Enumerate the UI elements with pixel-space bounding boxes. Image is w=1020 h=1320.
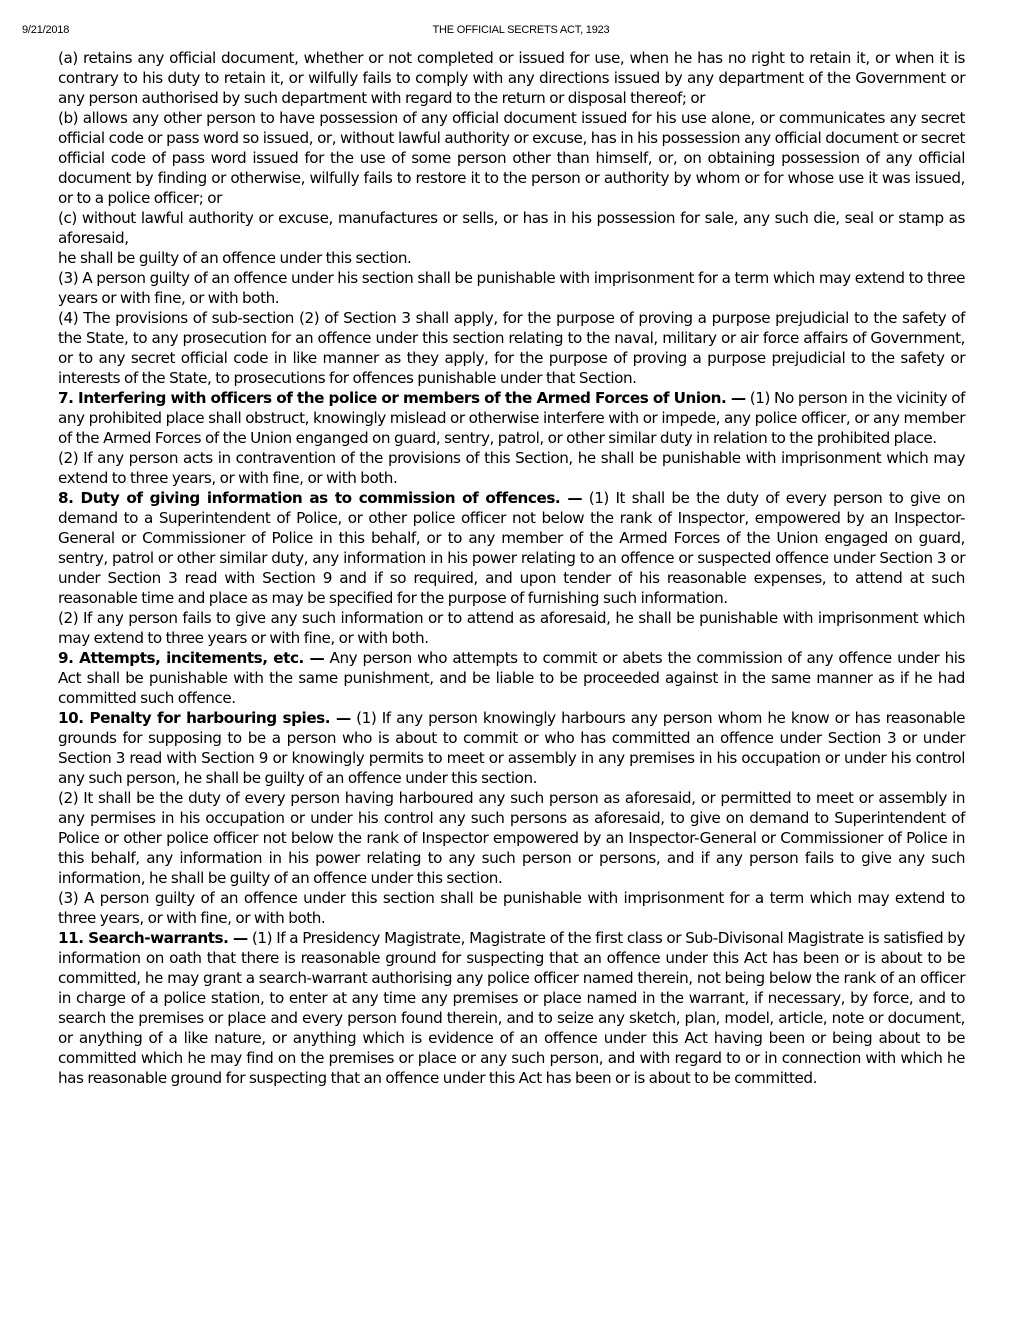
paragraph-text: (3) A person guilty of an offence under … bbox=[58, 269, 965, 307]
paragraph-text: (c) without lawful authority or excuse, … bbox=[58, 209, 965, 247]
clause-c: (c) without lawful authority or excuse, … bbox=[58, 208, 965, 248]
paragraph-text: (1) If a Presidency Magistrate, Magistra… bbox=[58, 929, 965, 1087]
section-11: 11. Search-warrants. — (1) If a Presiden… bbox=[58, 928, 965, 1088]
section-10-subsection-2: (2) It shall be the duty of every person… bbox=[58, 788, 965, 888]
section-heading: 11. Search-warrants. — bbox=[58, 929, 248, 947]
clause-conclusion: he shall be guilty of an offence under t… bbox=[58, 248, 965, 268]
section-heading: 7. Interfering with officers of the poli… bbox=[58, 389, 746, 407]
section-heading: 9. Attempts, incitements, etc. — bbox=[58, 649, 324, 667]
section-10-subsection-3: (3) A person guilty of an offence under … bbox=[58, 888, 965, 928]
section-6-subsection-4: (4) The provisions of sub-section (2) of… bbox=[58, 308, 965, 388]
paragraph-text: (3) A person guilty of an offence under … bbox=[58, 889, 965, 927]
paragraph-text: (2) It shall be the duty of every person… bbox=[58, 789, 965, 887]
section-10: 10. Penalty for harbouring spies. — (1) … bbox=[58, 708, 965, 788]
section-8: 8. Duty of giving information as to comm… bbox=[58, 488, 965, 608]
section-heading: 10. Penalty for harbouring spies. — bbox=[58, 709, 351, 727]
section-8-subsection-2: (2) If any person fails to give any such… bbox=[58, 608, 965, 648]
print-header: 9/21/2018 THE OFFICIAL SECRETS ACT, 1923 bbox=[0, 24, 1020, 40]
paragraph-text: (a) retains any official document, wheth… bbox=[58, 49, 965, 107]
section-7-subsection-2: (2) If any person acts in contravention … bbox=[58, 448, 965, 488]
section-6-subsection-3: (3) A person guilty of an offence under … bbox=[58, 268, 965, 308]
paragraph-text: (2) If any person acts in contravention … bbox=[58, 449, 965, 487]
section-9: 9. Attempts, incitements, etc. — Any per… bbox=[58, 648, 965, 708]
section-7: 7. Interfering with officers of the poli… bbox=[58, 388, 965, 448]
clause-a: (a) retains any official document, wheth… bbox=[58, 48, 965, 108]
paragraph-text: (b) allows any other person to have poss… bbox=[58, 109, 965, 207]
document-body: (a) retains any official document, wheth… bbox=[58, 48, 965, 1088]
paragraph-text: he shall be guilty of an offence under t… bbox=[58, 249, 411, 267]
paragraph-text: (4) The provisions of sub-section (2) of… bbox=[58, 309, 965, 387]
document-title: THE OFFICIAL SECRETS ACT, 1923 bbox=[0, 24, 1020, 36]
section-heading: 8. Duty of giving information as to comm… bbox=[58, 489, 582, 507]
clause-b: (b) allows any other person to have poss… bbox=[58, 108, 965, 208]
paragraph-text: (2) If any person fails to give any such… bbox=[58, 609, 965, 647]
